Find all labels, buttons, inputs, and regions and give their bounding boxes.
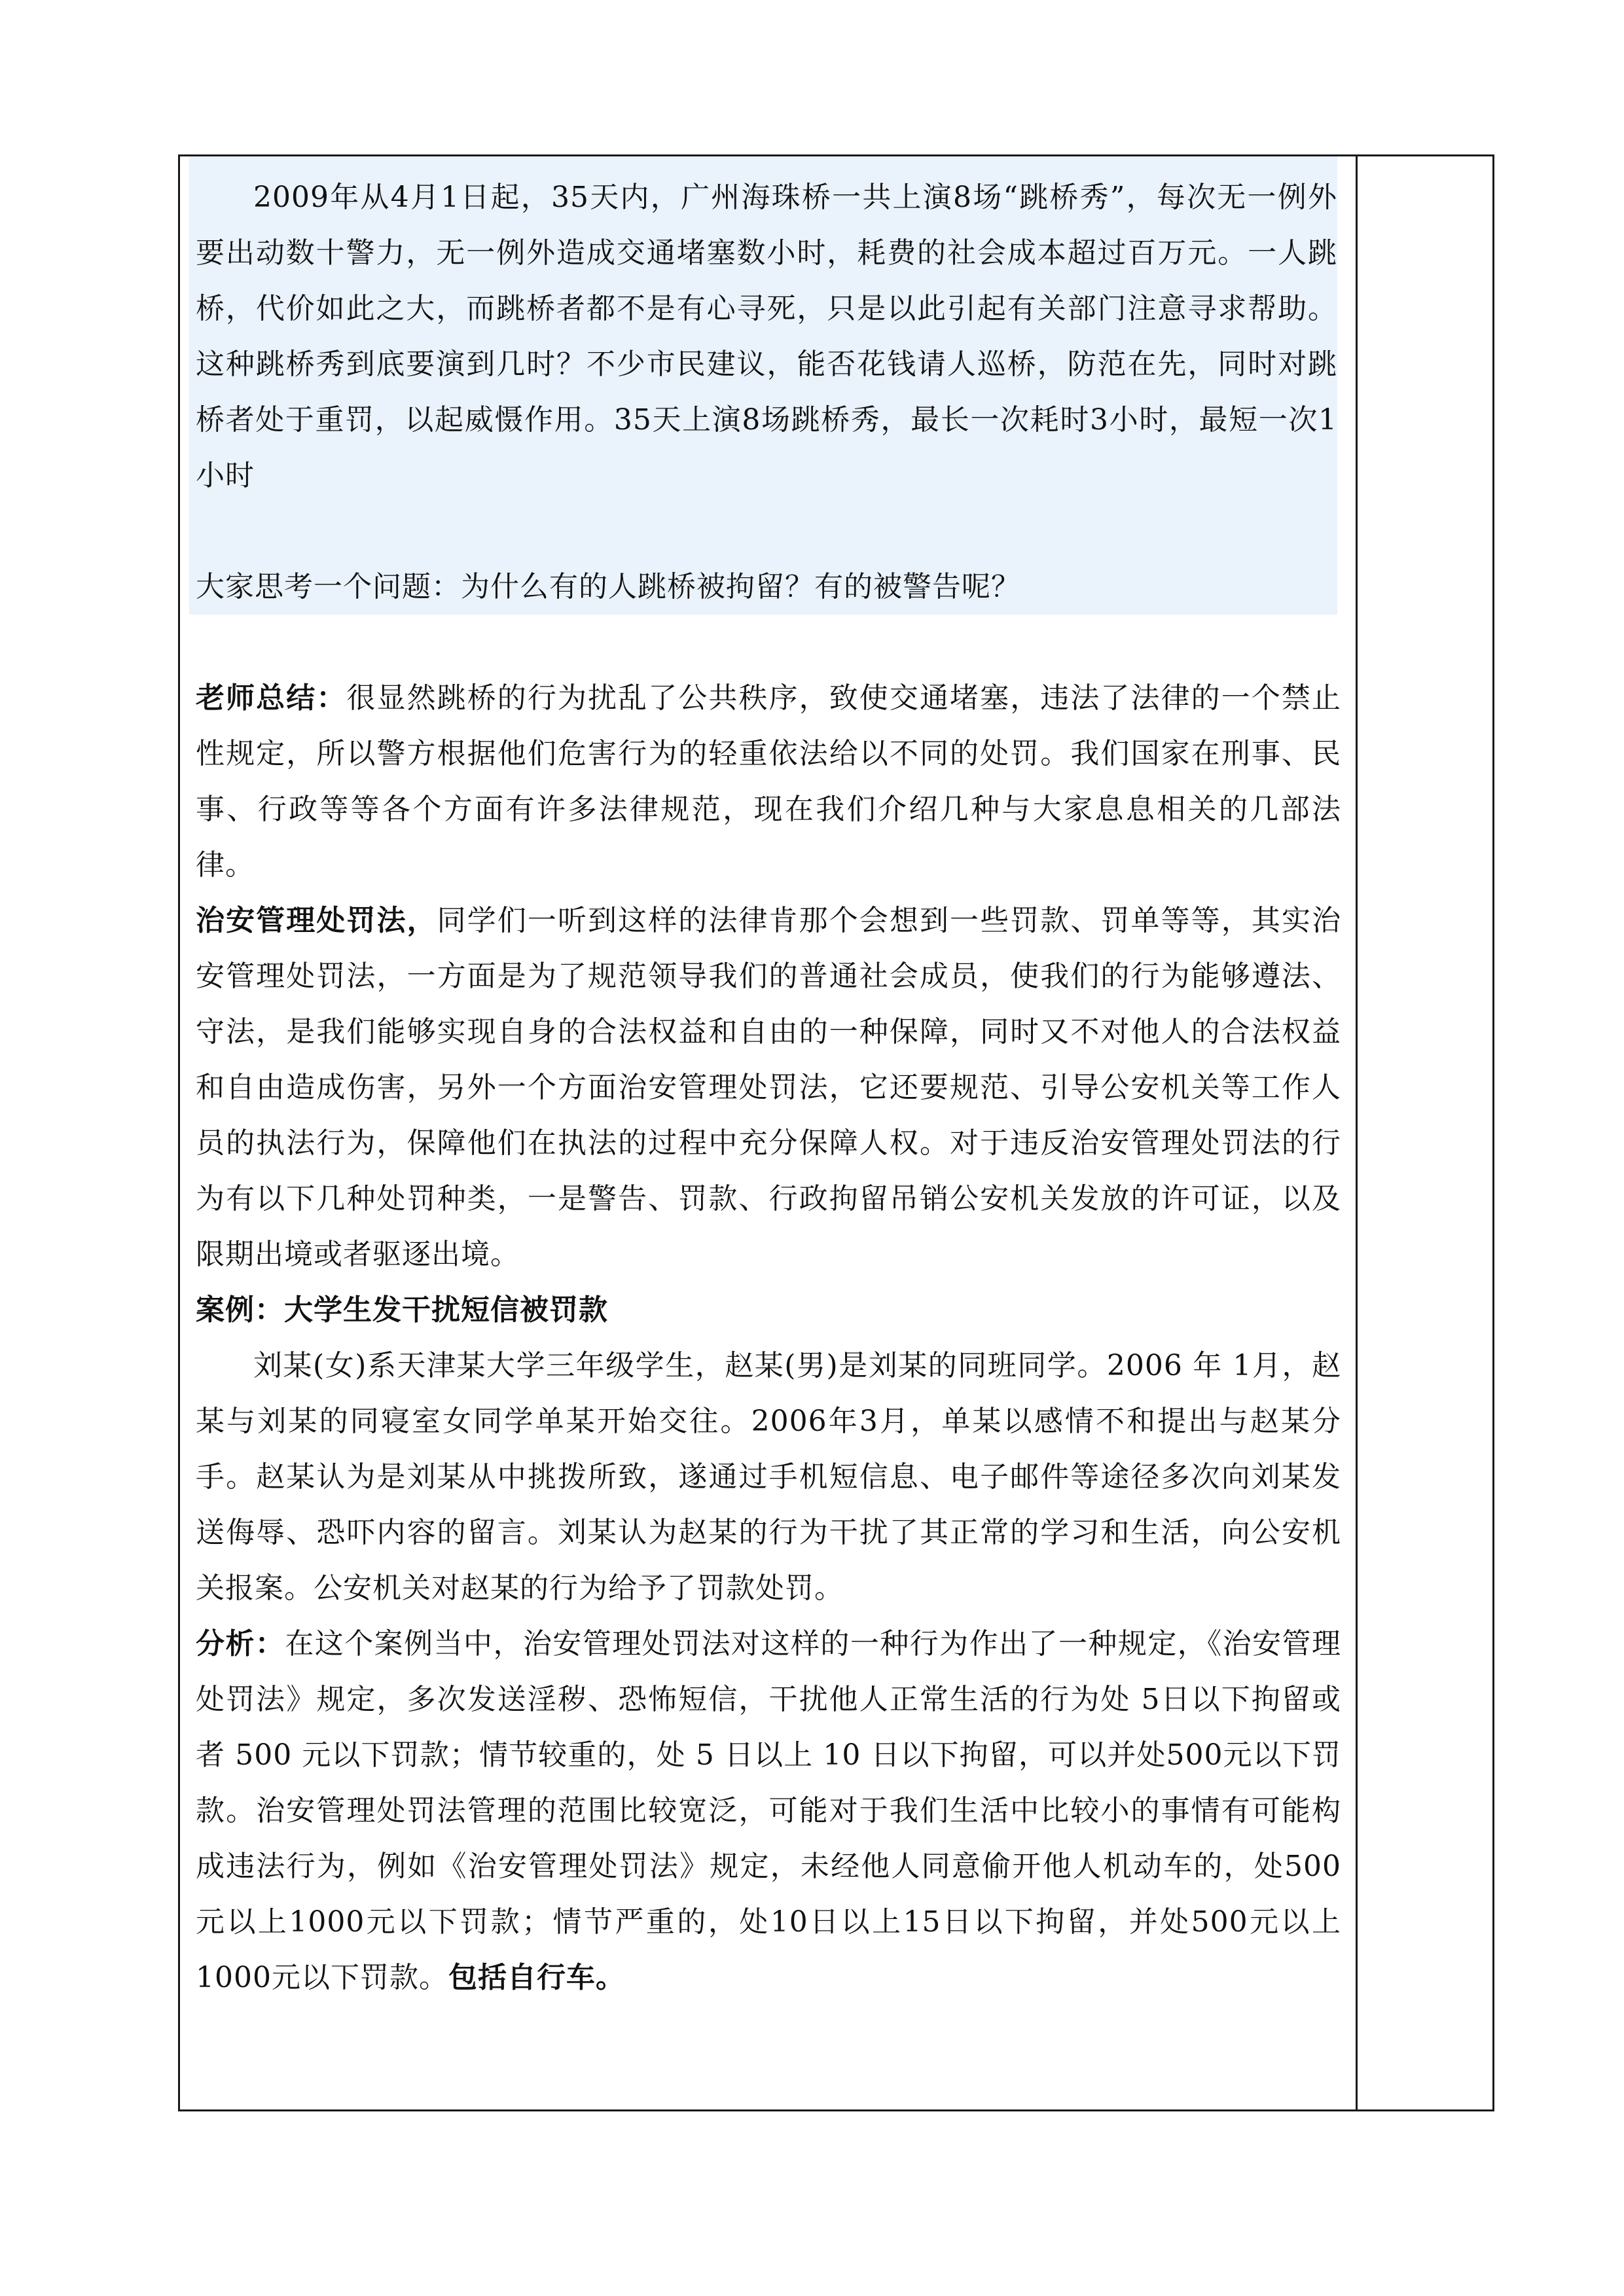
- blank-line: [196, 503, 1337, 559]
- public-security-law-text: 同学们一听到这样的法律肯那个会想到一些罚款、罚单等等，其实治安管理处罚法，一方面…: [196, 904, 1341, 1271]
- lesson-plan-table: 2009年从4月1日起，35天内，广州海珠桥一共上演8场“跳桥秀”，每次无一例外…: [178, 154, 1494, 2111]
- teacher-summary-text: 很显然跳桥的行为扰乱了公共秩序，致使交通堵塞，违法了法律的一个禁止性规定，所以警…: [196, 681, 1341, 882]
- discussion-question: 大家思考一个问题：为什么有的人跳桥被拘留？有的被警告呢？: [196, 559, 1337, 615]
- public-security-law-label: 治安管理处罚法，: [196, 904, 437, 937]
- analysis-text: 在这个案例当中，治安管理处罚法对这样的一种行为作出了一种规定，《治安管理处罚法》…: [196, 1627, 1341, 1994]
- case-title: 案例：大学生发干扰短信被罚款: [196, 1282, 1341, 1338]
- case-paragraph: 刘某(女)系天津某大学三年级学生，赵某(男)是刘某的同班同学。2006 年 1月…: [196, 1338, 1341, 1616]
- analysis-label: 分析：: [196, 1627, 285, 1660]
- main-content-cell: 2009年从4月1日起，35天内，广州海珠桥一共上演8场“跳桥秀”，每次无一例外…: [180, 156, 1356, 2109]
- analysis-emphasis: 包括自行车。: [448, 1961, 625, 1994]
- blank-line: [196, 615, 1341, 670]
- intro-case-paragraph: 2009年从4月1日起，35天内，广州海珠桥一共上演8场“跳桥秀”，每次无一例外…: [196, 170, 1337, 503]
- content-body: 2009年从4月1日起，35天内，广州海珠桥一共上演8场“跳桥秀”，每次无一例外…: [196, 156, 1341, 2005]
- side-notes-cell: [1358, 156, 1492, 2109]
- intro-case-highlight: 2009年从4月1日起，35天内，广州海珠桥一共上演8场“跳桥秀”，每次无一例外…: [189, 156, 1337, 615]
- analysis-paragraph: 分析：在这个案例当中，治安管理处罚法对这样的一种行为作出了一种规定，《治安管理处…: [196, 1616, 1341, 2005]
- public-security-law-paragraph: 治安管理处罚法，同学们一听到这样的法律肯那个会想到一些罚款、罚单等等，其实治安管…: [196, 893, 1341, 1282]
- teacher-summary-label: 老师总结：: [196, 681, 346, 715]
- teacher-summary-paragraph: 老师总结：很显然跳桥的行为扰乱了公共秩序，致使交通堵塞，违法了法律的一个禁止性规…: [196, 670, 1341, 893]
